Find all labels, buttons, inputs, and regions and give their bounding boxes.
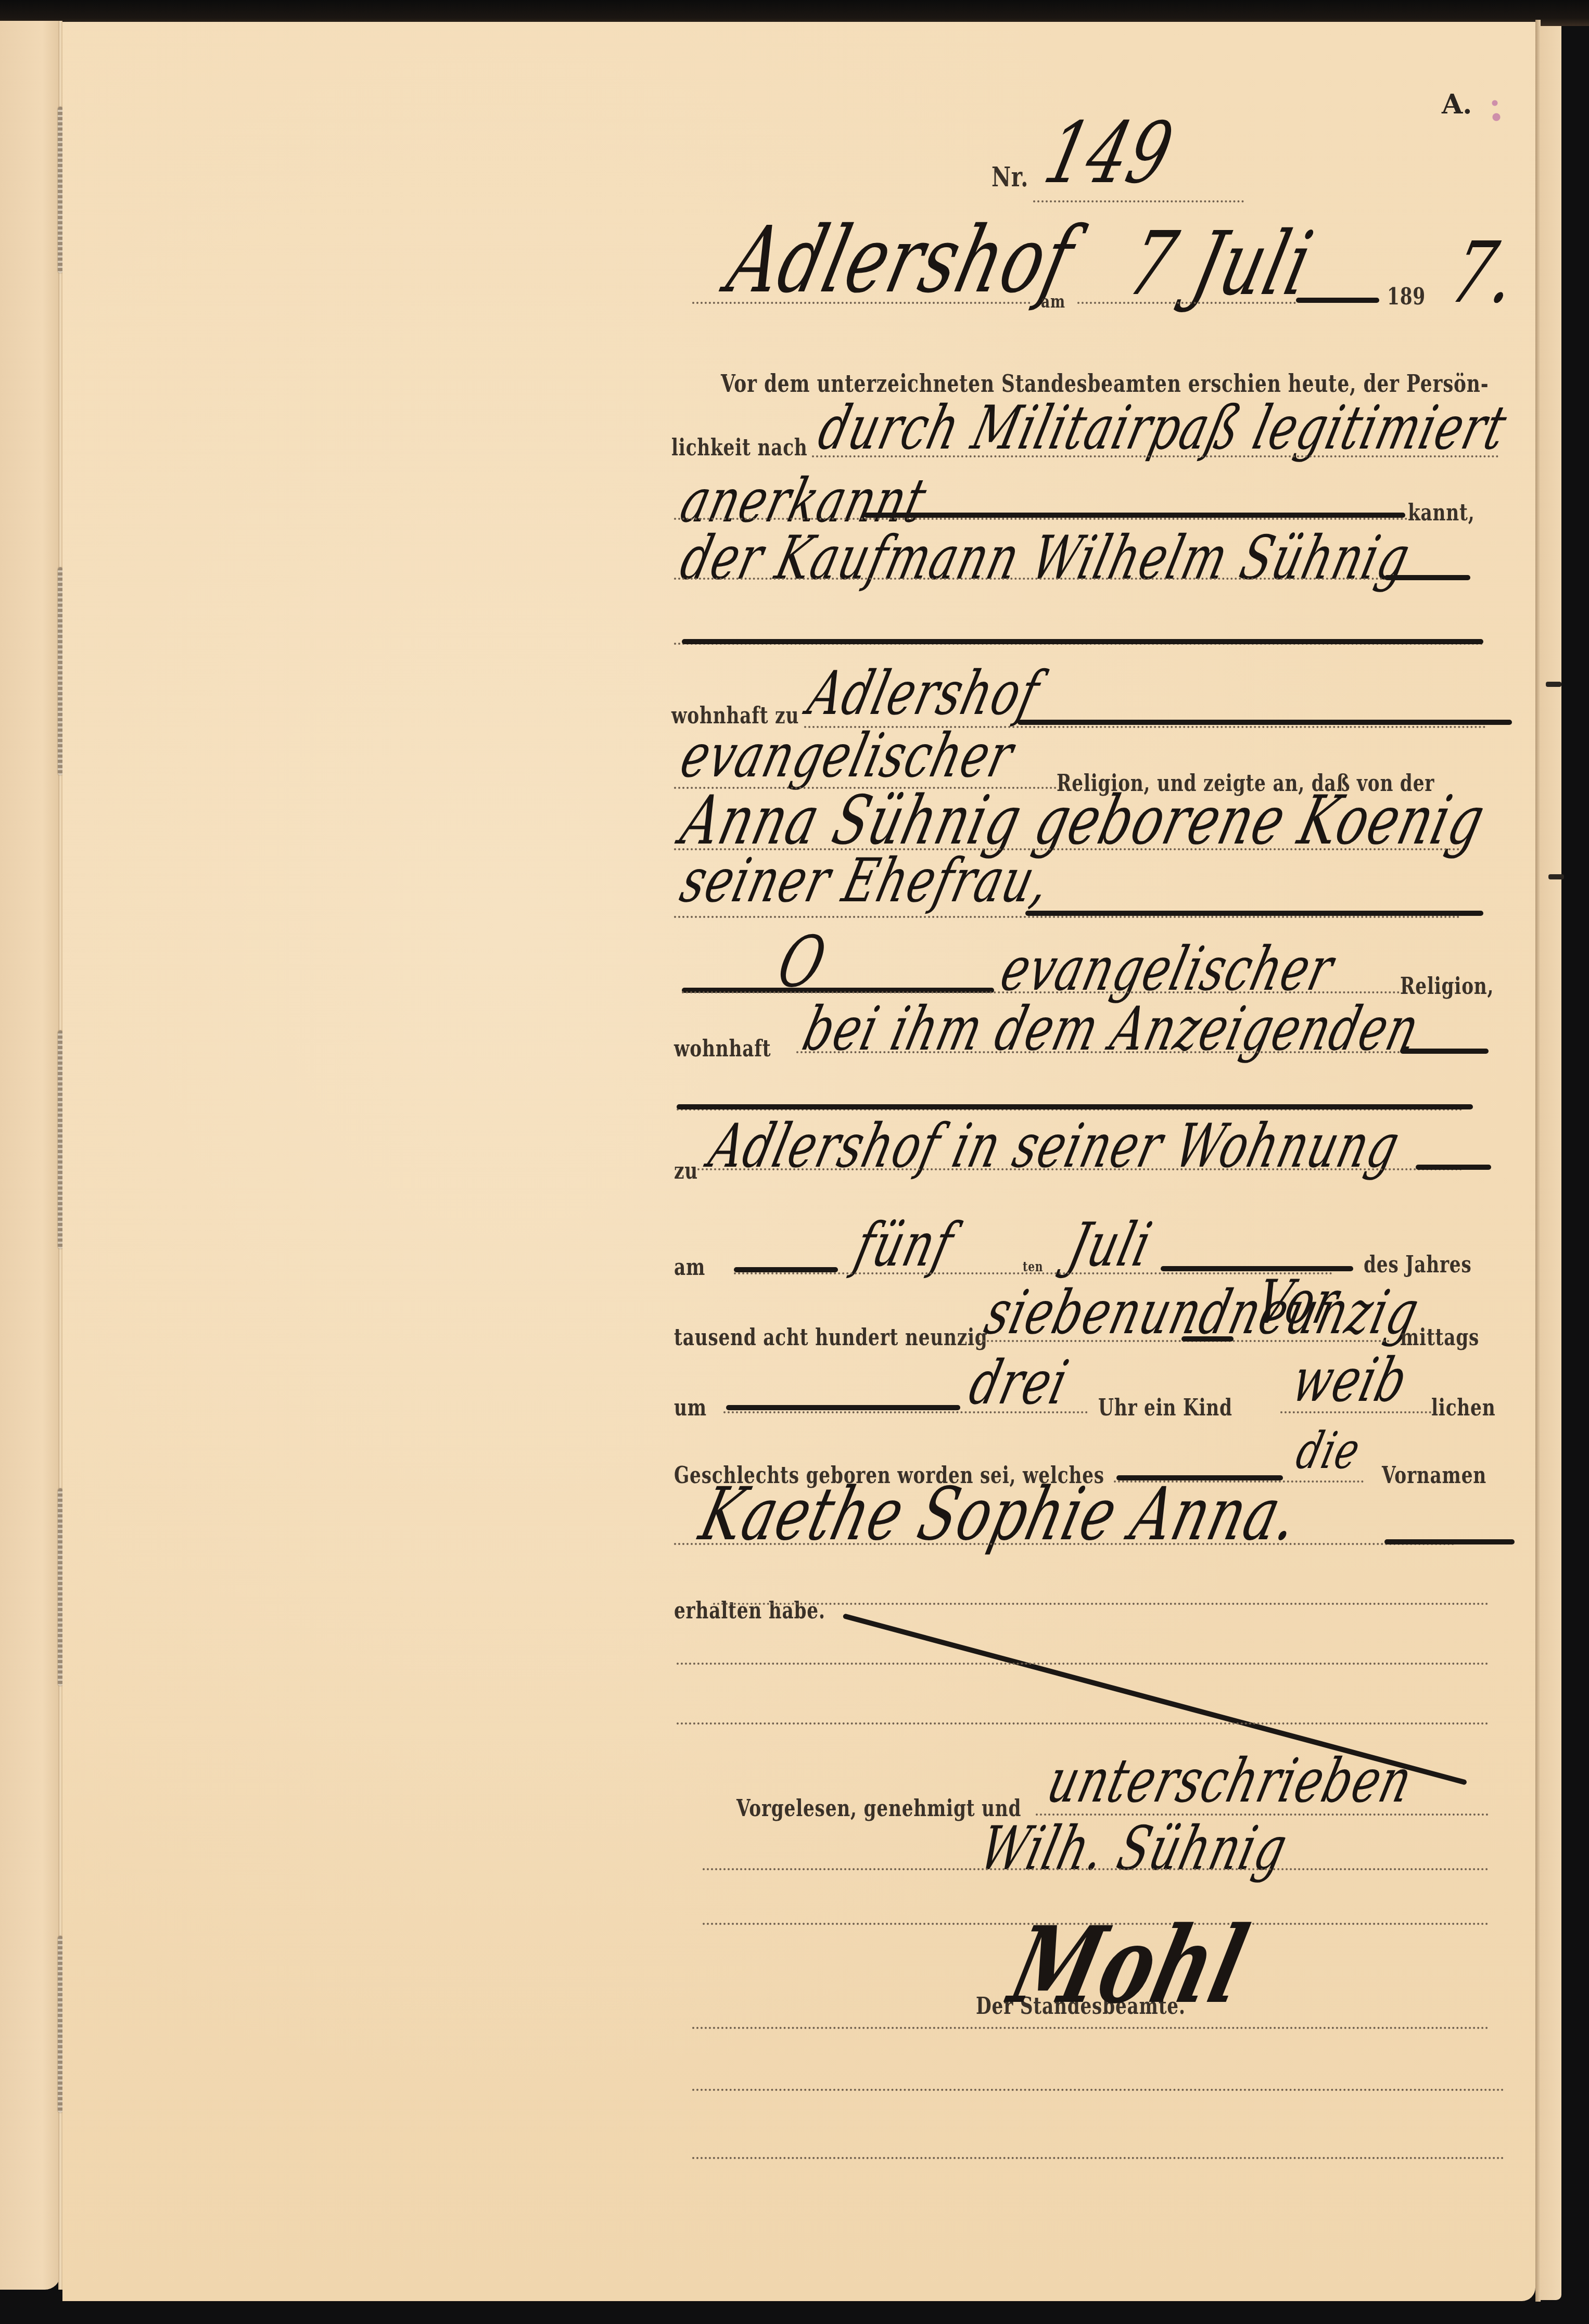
- informant-signature: Wilh. Sühnig: [973, 1814, 1294, 1884]
- dotted-rule: [723, 1411, 1088, 1413]
- fill-stroke: [1400, 1049, 1489, 1054]
- dotted-rule: [674, 916, 1460, 918]
- dotted-rule: [713, 1603, 1489, 1605]
- place-handwritten: Adlershof: [718, 207, 1085, 313]
- fill-stroke: [726, 1405, 960, 1410]
- dotted-rule: [674, 578, 1470, 580]
- fill-stroke: [682, 639, 1483, 644]
- dotted-rule: [692, 2157, 1504, 2159]
- hour-label-pre: um: [674, 1395, 707, 1421]
- dotted-rule: [677, 1722, 1489, 1725]
- fill-stroke: [1181, 1336, 1234, 1342]
- fill-stroke: [1018, 720, 1512, 725]
- dotted-rule: [692, 2089, 1504, 2091]
- dotted-rule: [703, 1868, 1489, 1870]
- page-tab-mark: [1548, 874, 1564, 879]
- identity-handwritten: durch Militairpaß legitimiert: [812, 393, 1514, 463]
- birthplace-label: zu: [674, 1158, 698, 1184]
- dotted-rule: [1077, 302, 1296, 304]
- fill-stroke: [677, 1104, 1473, 1109]
- page-tab-mark: [1546, 682, 1561, 687]
- registrar-signature: Mohl: [999, 1904, 1259, 2027]
- hour-label-post: Uhr ein Kind: [1098, 1395, 1232, 1421]
- date-handwritten: 7 Juli: [1119, 213, 1323, 315]
- fill-stroke: [1416, 1165, 1491, 1170]
- year-printed-text: tausend acht hundert neunzig: [674, 1324, 988, 1351]
- mother-residence-handwritten: bei ihm dem Anzeigenden: [796, 994, 1427, 1064]
- hour-handwritten: drei: [963, 1348, 1075, 1418]
- fill-stroke: [1384, 575, 1470, 580]
- ink-stamp-residue: [1489, 94, 1504, 125]
- fill-stroke: [864, 513, 1405, 518]
- date-connector: am: [1041, 291, 1065, 312]
- fill-stroke: [734, 1267, 838, 1272]
- dotted-rule: [812, 455, 1499, 457]
- names-label: Vornamen: [1382, 1462, 1486, 1489]
- dotted-rule: [697, 1168, 1463, 1170]
- birth-date-label: am: [674, 1254, 705, 1281]
- page-edge: [1535, 20, 1541, 2302]
- birth-year-label: des Jahres: [1364, 1252, 1472, 1278]
- dotted-rule: [796, 1051, 1463, 1053]
- dotted-rule: [1280, 1411, 1431, 1413]
- dotted-rule: [1033, 200, 1244, 202]
- identity-label: lichkeit nach: [671, 435, 808, 461]
- dotted-rule: [692, 302, 1031, 304]
- received-label: erhalten habe.: [674, 1598, 825, 1624]
- left-page: [0, 21, 60, 2290]
- register-corner-mark: A.: [1442, 88, 1472, 120]
- birthplace-handwritten: Adlershof in seiner Wohnung: [703, 1111, 1407, 1181]
- dotted-rule: [674, 518, 1408, 520]
- residence-handwritten: Adlershof: [802, 658, 1047, 729]
- fill-stroke: [1025, 911, 1483, 916]
- sex-handwritten: weib: [1286, 1345, 1415, 1415]
- fill-stroke: [1384, 1539, 1515, 1544]
- approval-printed-text: Vorgelesen, genehmigt und: [736, 1795, 1021, 1822]
- dotted-rule: [682, 991, 1400, 993]
- identity-suffix: kannt,: [1408, 500, 1474, 526]
- informant-handwritten: der Kaufmann Wilhelm Sühnig: [674, 523, 1417, 593]
- sex-suffix: lichen: [1431, 1395, 1495, 1421]
- next-page-edge: [1541, 26, 1561, 2300]
- mother-residence-label: wohnhaft: [674, 1036, 771, 1062]
- dotted-rule: [677, 1663, 1489, 1665]
- fill-stroke: [1296, 298, 1379, 303]
- register-number: 149: [1036, 105, 1183, 202]
- informant-religion-handwritten: evangelischer: [674, 721, 1021, 791]
- year-prefix: 189: [1387, 284, 1426, 310]
- dotted-rule: [734, 1272, 1332, 1274]
- spouse-handwritten: seiner Ehefrau,: [674, 846, 1058, 916]
- dotted-rule: [692, 2027, 1489, 2029]
- register-number-label: Nr.: [991, 161, 1028, 193]
- dotted-rule: [674, 1543, 1455, 1545]
- approval-handwritten: unterschrieben: [1041, 1746, 1420, 1816]
- birth-day-handwritten: fünf: [848, 1210, 961, 1280]
